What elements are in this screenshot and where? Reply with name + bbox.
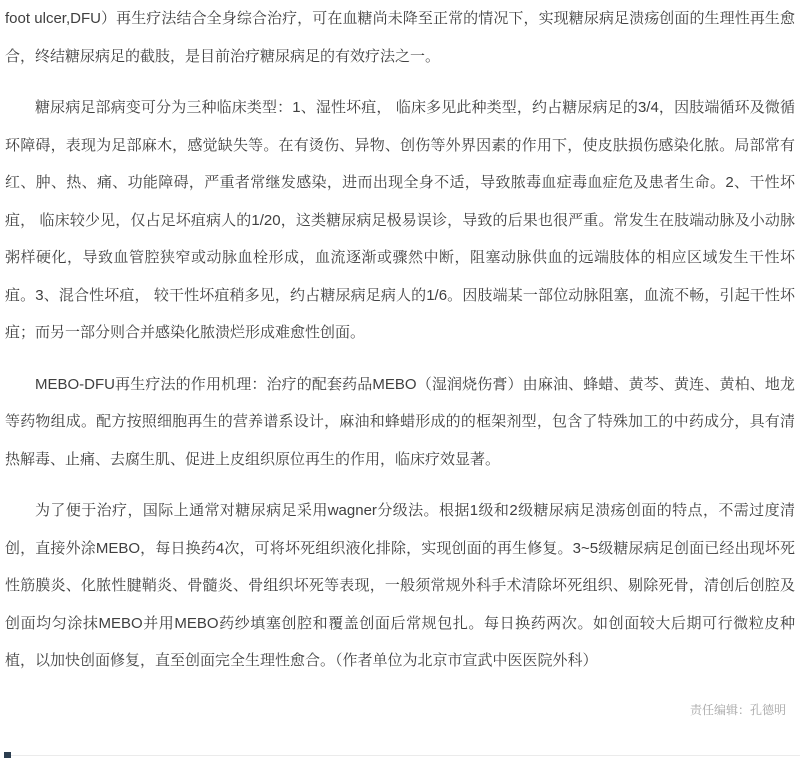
- article-paragraph-clinical-types: 糖尿病足部病变可分为三种临床类型：1、湿性坏疽， 临床多见此种类型，约占糖尿病足…: [5, 89, 795, 352]
- article-body: foot ulcer,DFU）再生疗法结合全身综合治疗，可在血糖尚未降至正常的情…: [0, 0, 800, 718]
- article-paragraph-mechanism: MEBO-DFU再生疗法的作用机理：治疗的配套药品MEBO（湿润烧伤膏）由麻油、…: [5, 366, 795, 479]
- article-paragraph-treatment: 为了便于治疗，国际上通常对糖尿病足采用wagner分级法。根据1级和2级糖尿病足…: [5, 492, 795, 680]
- footer-divider: [8, 755, 800, 756]
- article-paragraph-intro: foot ulcer,DFU）再生疗法结合全身综合治疗，可在血糖尚未降至正常的情…: [5, 0, 795, 75]
- footer-accent-block: [4, 752, 11, 758]
- article-page: foot ulcer,DFU）再生疗法结合全身综合治疗，可在血糖尚未降至正常的情…: [0, 0, 800, 758]
- editor-credit: 责任编辑：孔德明: [5, 702, 795, 719]
